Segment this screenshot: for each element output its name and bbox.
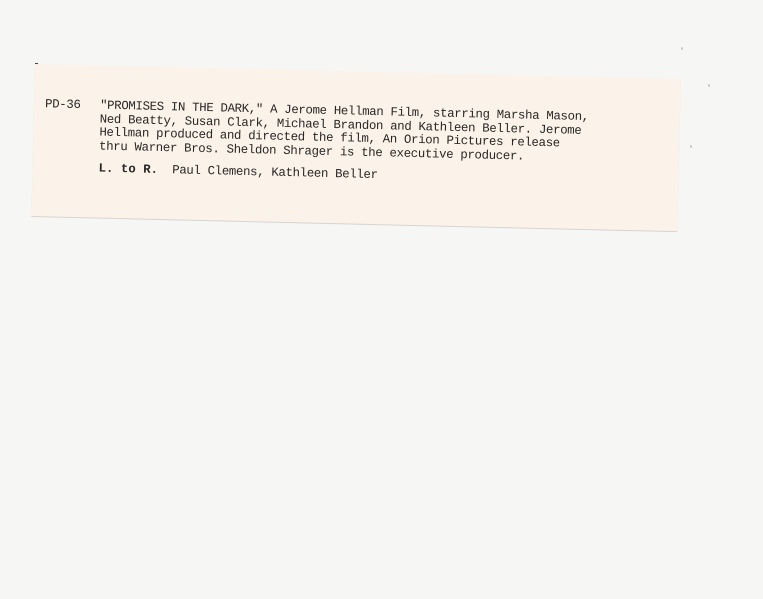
caption-paragraph: PD-36 "PROMISES IN THE DARK," A Jerome H… — [44, 98, 589, 165]
dust-speck — [681, 47, 683, 50]
caption-body: "PROMISES IN THE DARK," A Jerome Hellman… — [99, 100, 589, 166]
dust-speck — [708, 84, 710, 87]
photo-credit: L. to R. Paul Clemens, Kathleen Beller — [98, 163, 587, 188]
caption-code: PD-36 — [44, 98, 100, 154]
credit-prefix: L. to R. — [98, 162, 158, 177]
caption-strip: PD-36 "PROMISES IN THE DARK," A Jerome H… — [31, 64, 680, 231]
dust-speck — [690, 145, 692, 148]
caption-text: PD-36 "PROMISES IN THE DARK," A Jerome H… — [43, 98, 589, 188]
credit-names: Paul Clemens, Kathleen Beller — [172, 164, 378, 183]
